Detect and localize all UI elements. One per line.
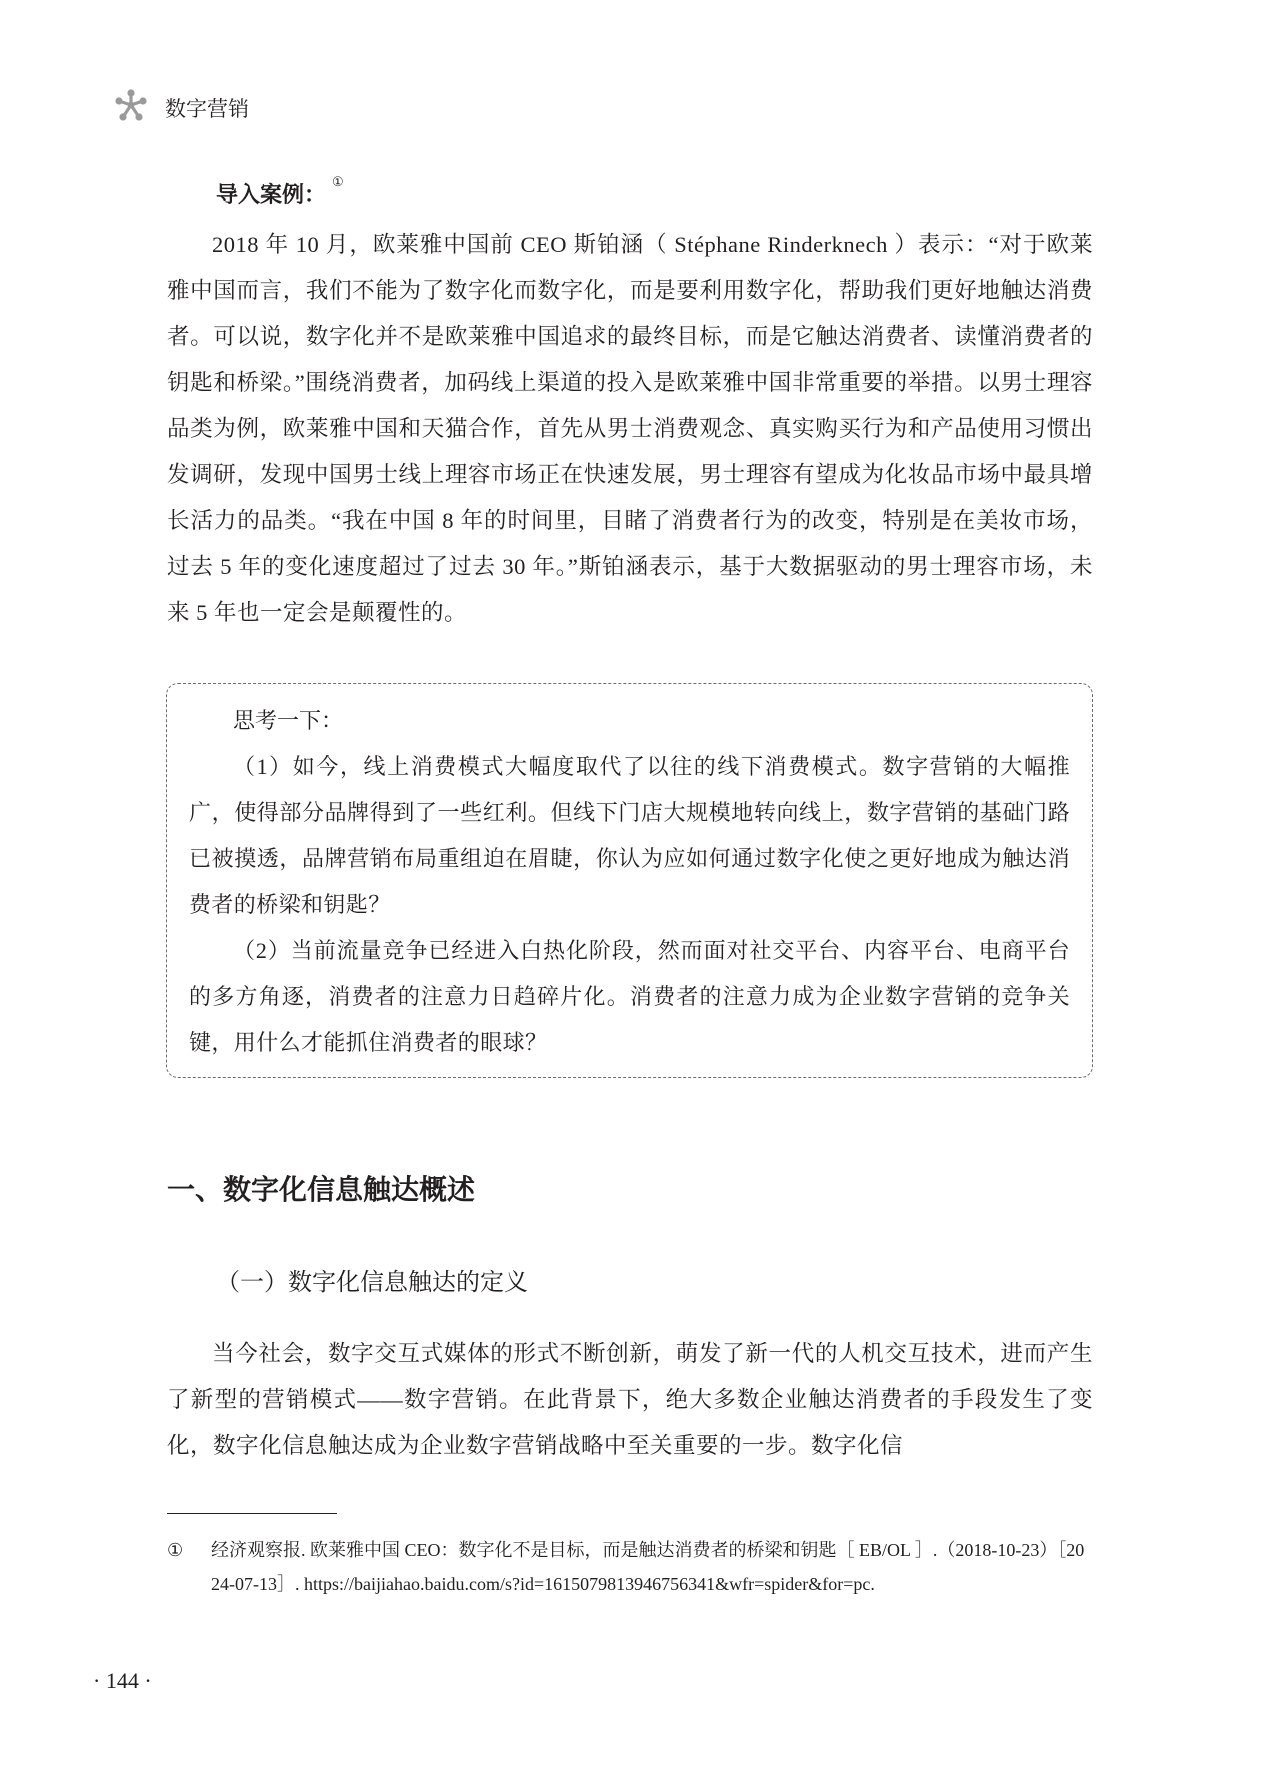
section-body: 当今社会，数字交互式媒体的形式不断创新，萌发了新一代的人机交互技术，进而产生了新… xyxy=(167,1331,1093,1469)
running-head: 数字营销 xyxy=(114,88,249,127)
intro-case-label: 导入案例：① xyxy=(216,178,344,209)
asterisk-molecule-icon xyxy=(114,88,148,127)
footnote-rule xyxy=(167,1513,337,1514)
running-head-title: 数字营销 xyxy=(165,93,249,123)
think-question-1: （1）如今，线上消费模式大幅度取代了以往的线下消费模式。数字营销的大幅推广，使得… xyxy=(189,744,1070,928)
footnote-text: 经济观察报. 欧莱雅中国 CEO：数字化不是目标，而是触达消费者的桥梁和钥匙［ … xyxy=(211,1533,1093,1601)
section-heading: 一、数字化信息触达概述 xyxy=(167,1168,475,1208)
page-number: · 144 · xyxy=(93,1668,152,1694)
intro-case-label-text: 导入案例： xyxy=(216,183,326,208)
section-paragraph: 当今社会，数字交互式媒体的形式不断创新，萌发了新一代的人机交互技术，进而产生了新… xyxy=(167,1331,1093,1469)
footnote-mark: ① xyxy=(167,1533,183,1567)
section-subheading: （一）数字化信息触达的定义 xyxy=(216,1262,528,1297)
intro-case-body: 2018 年 10 月，欧莱雅中国前 CEO 斯铂涵（ Stéphane Rin… xyxy=(167,222,1093,636)
intro-case-paragraph: 2018 年 10 月，欧莱雅中国前 CEO 斯铂涵（ Stéphane Rin… xyxy=(167,222,1093,636)
think-box-heading: 思考一下： xyxy=(189,698,1070,744)
think-question-2: （2）当前流量竞争已经进入白热化阶段，然而面对社交平台、内容平台、电商平台的多方… xyxy=(189,928,1070,1066)
footnote: ① 经济观察报. 欧莱雅中国 CEO：数字化不是目标，而是触达消费者的桥梁和钥匙… xyxy=(167,1533,1093,1601)
footnote-ref[interactable]: ① xyxy=(332,174,344,189)
think-box: 思考一下： （1）如今，线上消费模式大幅度取代了以往的线下消费模式。数字营销的大… xyxy=(166,683,1093,1078)
